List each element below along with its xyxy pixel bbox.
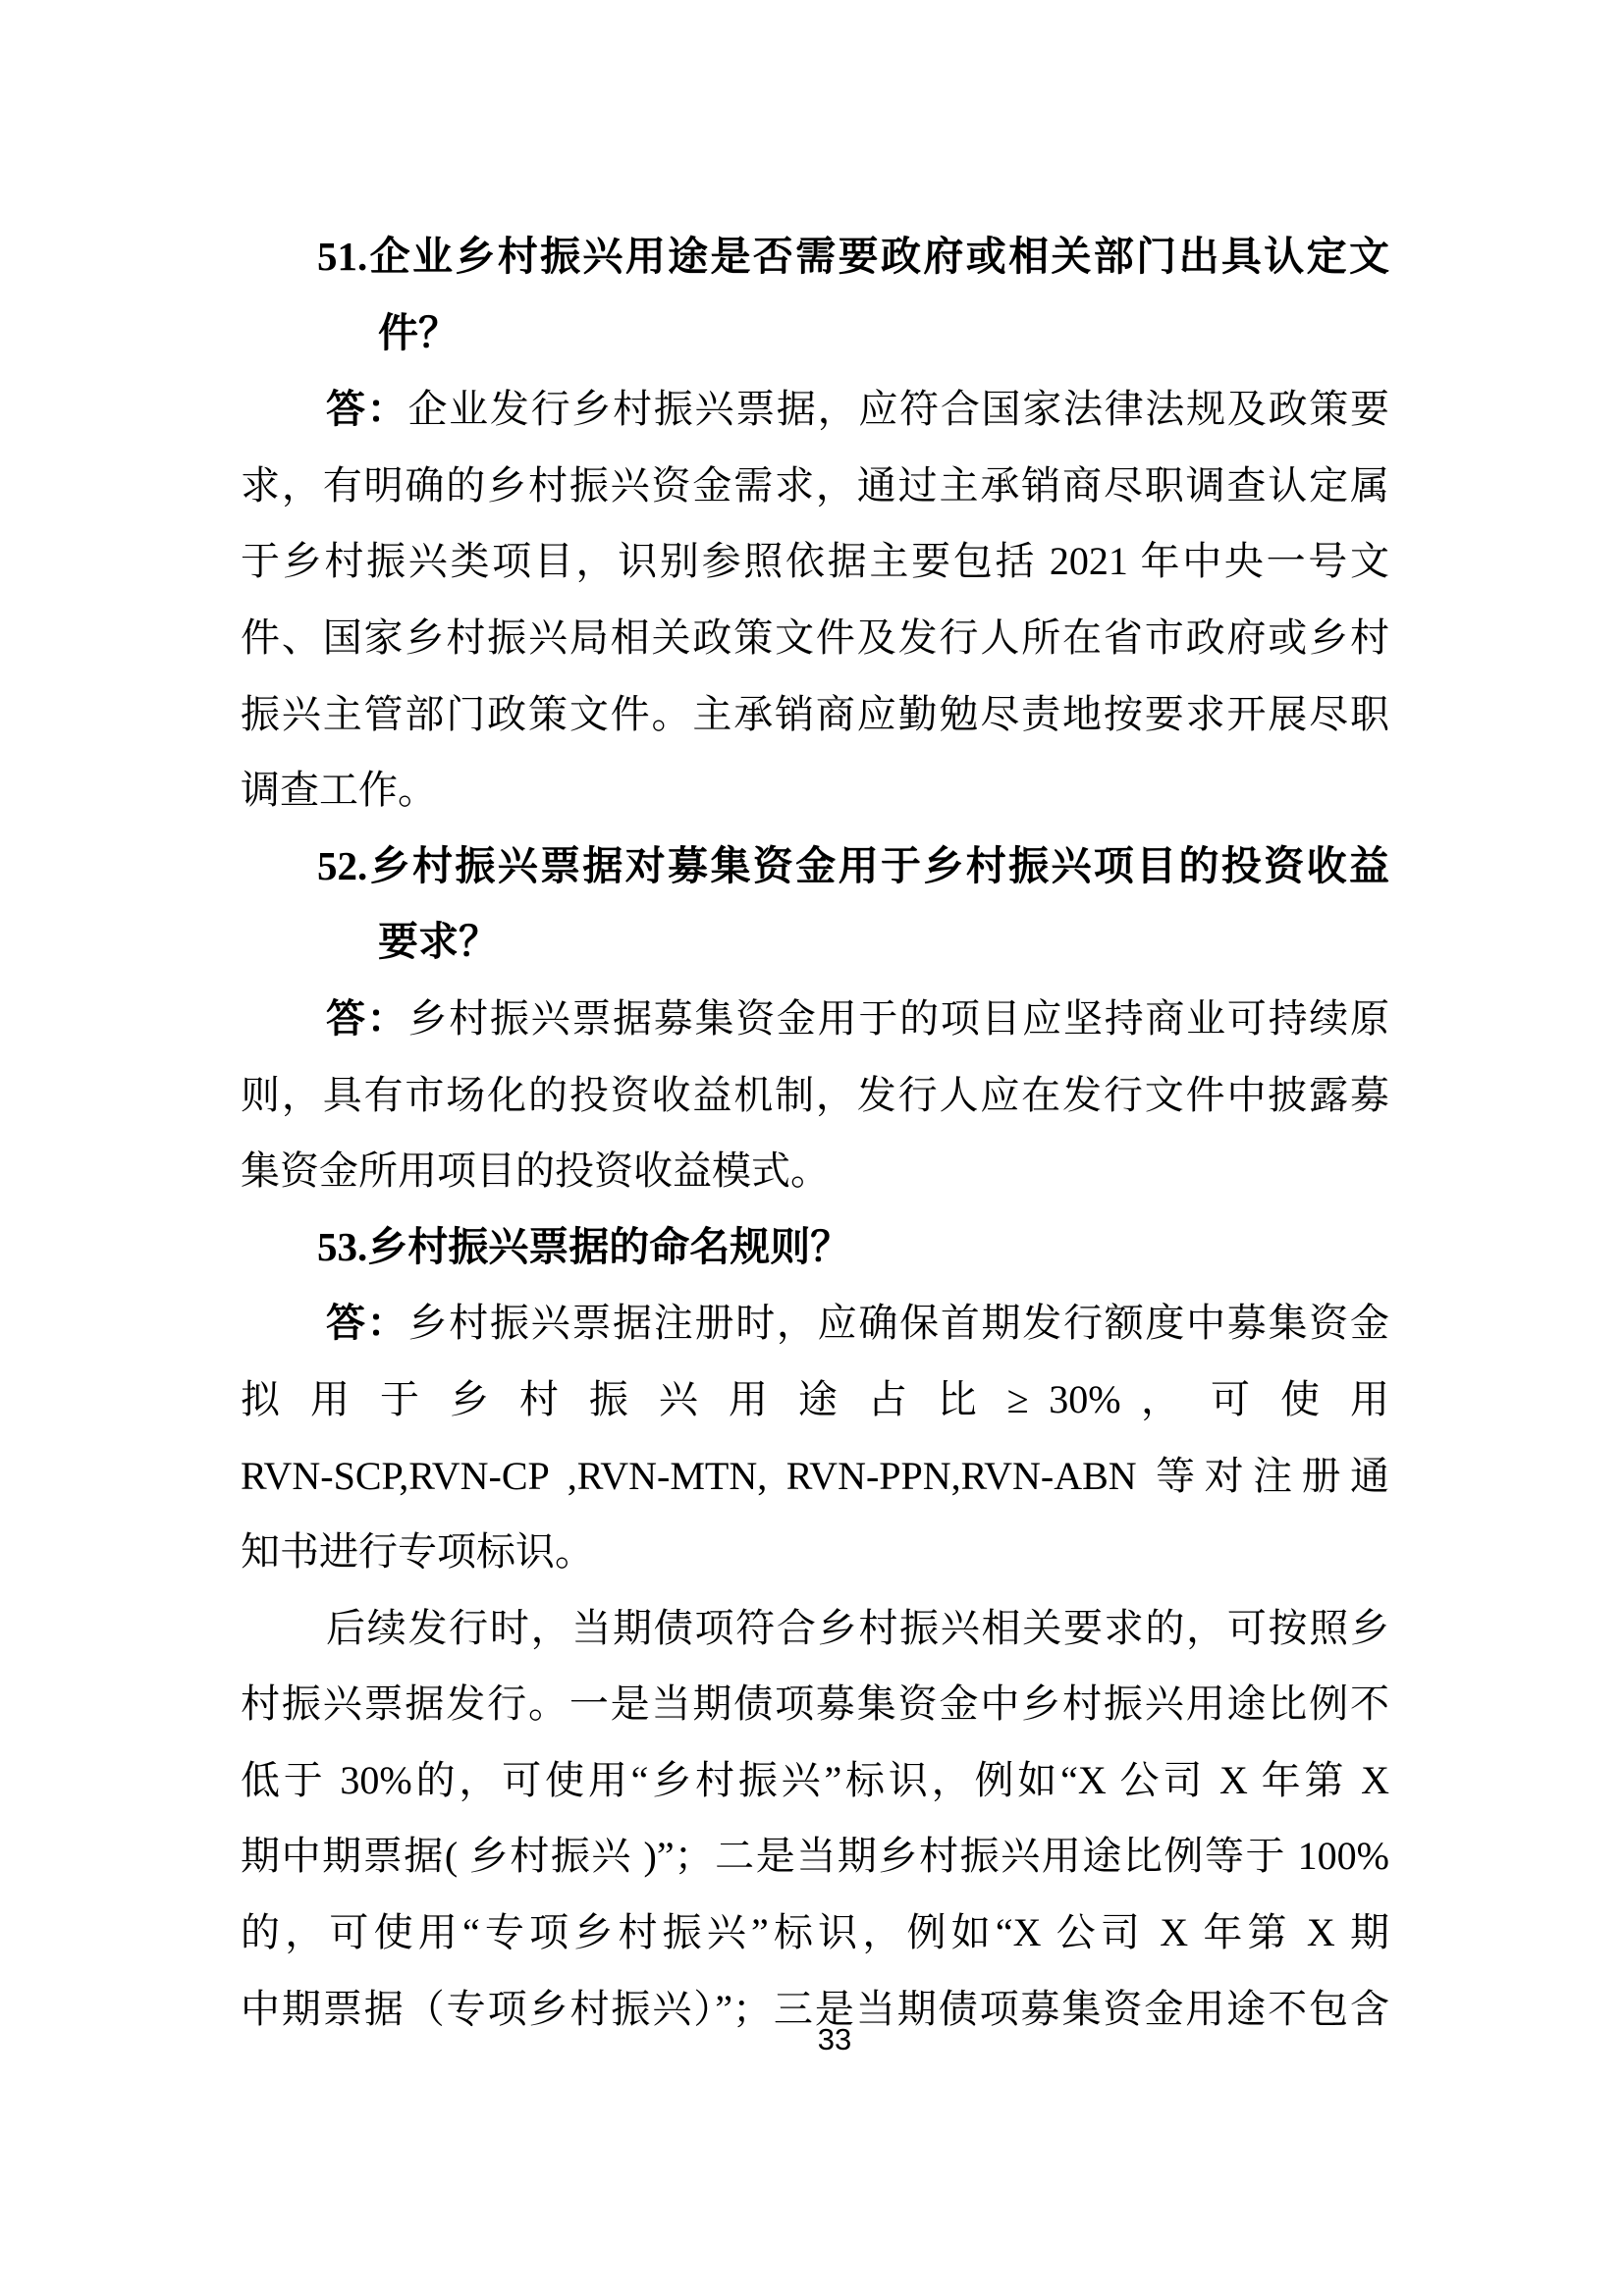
q52-answer-text1: 乡村振兴票据募集资金用于的项目应坚持商业可持续原 xyxy=(407,996,1389,1041)
q52-heading-line2: 要求？ xyxy=(241,904,1389,981)
q51-answer-line3: 于乡村振兴类项目，识别参照依据主要包括 2021 年中央一号文 xyxy=(241,523,1389,600)
q51-answer-line6: 调查工作。 xyxy=(241,752,1389,828)
q53-answer2-line1: 后续发行时，当期债项符合乡村振兴相关要求的，可按照乡 xyxy=(241,1590,1389,1667)
q52-answer-line1: 答：乡村振兴票据募集资金用于的项目应坚持商业可持续原 xyxy=(241,981,1389,1057)
q51-heading-line2: 件？ xyxy=(241,295,1389,372)
q53-answer-text1: 乡村振兴票据注册时，应确保首期发行额度中募集资金 xyxy=(407,1301,1389,1345)
q52-answer-line2: 则，具有市场化的投资收益机制，发行人应在发行文件中披露募 xyxy=(241,1057,1389,1134)
answer-prefix: 答： xyxy=(326,387,407,431)
q51-heading-line1: 51.企业乡村振兴用途是否需要政府或相关部门出具认定文 xyxy=(241,219,1389,295)
q53-answer-line4: 知书进行专项标识。 xyxy=(241,1514,1389,1590)
page-body: 51.企业乡村振兴用途是否需要政府或相关部门出具认定文 件？ 答：企业发行乡村振… xyxy=(241,219,1389,2047)
q51-answer-line5: 振兴主管部门政策文件。主承销商应勤勉尽责地按要求开展尽职 xyxy=(241,676,1389,753)
q53-answer2-line4: 期中期票据( 乡村振兴 )”；二是当期乡村振兴用途比例等于 100% xyxy=(241,1818,1389,1895)
q51-answer-text1: 企业发行乡村振兴票据，应符合国家法律法规及政策要 xyxy=(407,387,1389,431)
q53-answer2-line2: 村振兴票据发行。一是当期债项募集资金中乡村振兴用途比例不 xyxy=(241,1666,1389,1742)
q53-answer2-line5: 的，可使用“专项乡村振兴”标识，例如“X 公司 X 年第 X 期 xyxy=(241,1895,1389,1971)
q52-answer-line3: 集资金所用项目的投资收益模式。 xyxy=(241,1133,1389,1209)
q53-answer2-line3: 低于 30%的，可使用“乡村振兴”标识，例如“X 公司 X 年第 X xyxy=(241,1742,1389,1819)
q51-answer-line2: 求，有明确的乡村振兴资金需求，通过主承销商尽职调查认定属 xyxy=(241,448,1389,524)
q53-heading-line1: 53.乡村振兴票据的命名规则？ xyxy=(241,1209,1389,1286)
page-number: 33 xyxy=(23,2020,1624,2059)
document-page: 51.企业乡村振兴用途是否需要政府或相关部门出具认定文 件？ 答：企业发行乡村振… xyxy=(0,0,1624,2296)
q53-answer-line1: 答：乡村振兴票据注册时，应确保首期发行额度中募集资金 xyxy=(241,1285,1389,1362)
q51-answer-line4: 件、国家乡村振兴局相关政策文件及发行人所在省市政府或乡村 xyxy=(241,600,1389,676)
q51-answer-line1: 答：企业发行乡村振兴票据，应符合国家法律法规及政策要 xyxy=(241,371,1389,448)
q53-answer-line3: RVN-SCP,RVN-CP ,RVN-MTN, RVN-PPN,RVN-ABN… xyxy=(241,1438,1389,1515)
q53-answer-line2: 拟 用 于 乡 村 振 兴 用 途 占 比 ≥ 30% ， 可 使 用 xyxy=(241,1362,1389,1438)
answer-prefix: 答： xyxy=(326,996,407,1041)
answer-prefix: 答： xyxy=(326,1301,407,1345)
q52-heading-line1: 52.乡村振兴票据对募集资金用于乡村振兴项目的投资收益 xyxy=(241,828,1389,905)
